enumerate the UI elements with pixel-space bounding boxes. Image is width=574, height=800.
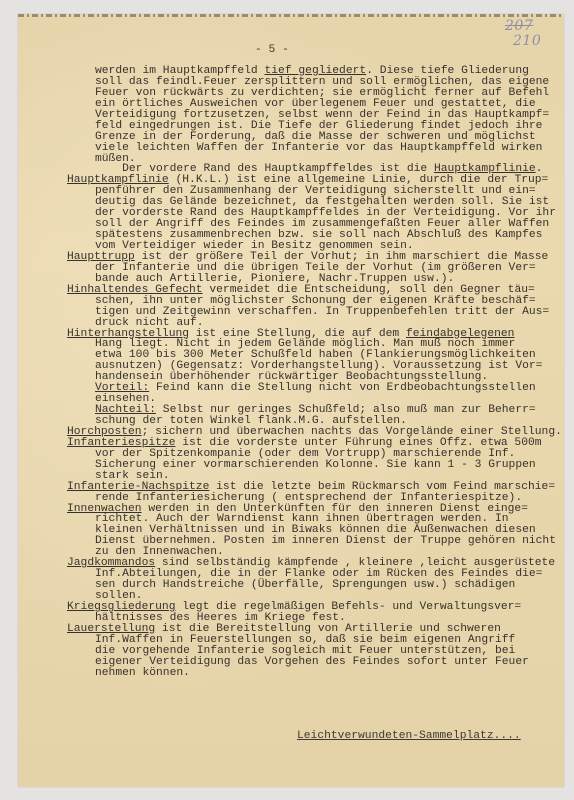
text-line: viele leichten Waffen der Infanterie vor… (67, 143, 557, 154)
glossary-entry: Hinhaltendes Gefecht vermeidet die Entsc… (67, 285, 557, 329)
glossary-entry: Lauerstellung ist die Bereitstellung von… (67, 624, 557, 679)
text-run: viele leichten Waffen der Infanterie vor… (95, 142, 542, 154)
text-run: nehmen können. (95, 667, 190, 679)
closing-catchword: Leichtverwundeten-Sammelplatz.... (297, 730, 521, 742)
glossary-entry: Kriegsgliederung legt die regelmäßigen B… (67, 602, 557, 624)
glossary-entry: Jagdkommandos sind selbständig kämpfende… (67, 558, 557, 602)
handwritten-archive-number: 210 (513, 33, 541, 49)
glossary-entry: Infanterie-Nachspitze ist die letzte bei… (67, 482, 557, 504)
document-body: werden im Hauptkampffeld tief gegliedert… (67, 66, 557, 679)
intro-paragraph: werden im Hauptkampffeld tief gegliedert… (67, 66, 557, 175)
glossary-entry: Hinterhangstellung ist eine Stellung, di… (67, 329, 557, 427)
handwritten-archive-number-struck: 207 (505, 18, 533, 34)
glossary-entry: Hauptkampflinie (H.K.L.) ist eine allgem… (67, 175, 557, 252)
glossary-entry: Haupttrupp ist der größere Teil der Vorh… (67, 252, 557, 285)
text-run: sen durch Handstreiche (Überfälle, Spren… (95, 579, 515, 591)
glossary-entry: Innenwachen werden in den Unterkünften f… (67, 504, 557, 559)
text-line: nehmen können. (67, 668, 557, 679)
glossary-entry: Infanteriespitze ist die vorderste unter… (67, 438, 557, 482)
torn-top-edge (18, 14, 564, 17)
text-run: Feind kann die Stellung nicht von Erdbeo… (149, 382, 535, 394)
catchword-text: Leichtverwundeten-Sammelplatz.... (297, 730, 521, 742)
page-number: - 5 - (255, 44, 289, 56)
